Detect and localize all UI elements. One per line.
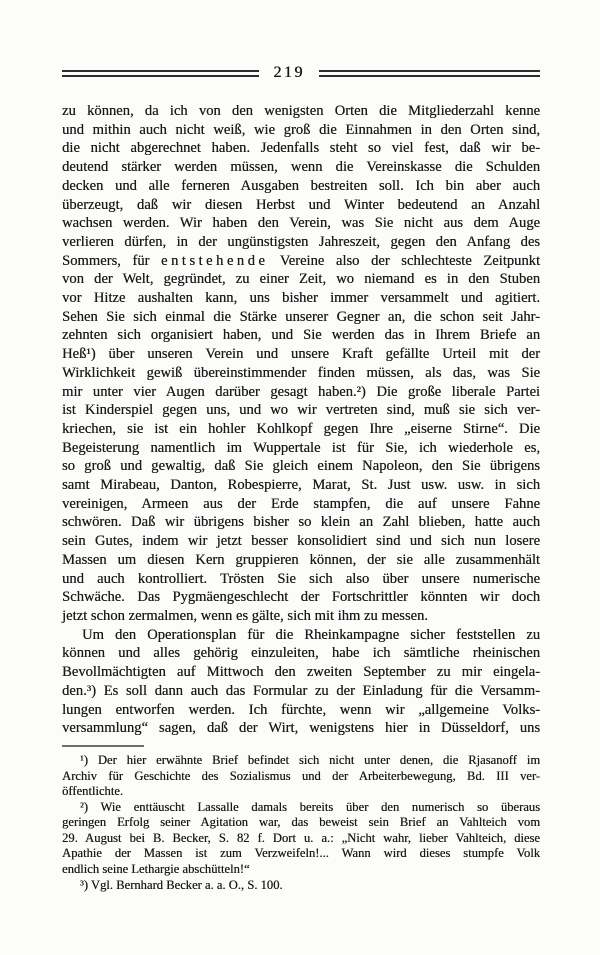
text-line: ³) Vgl. Bernhard Becker a. a. O., S. 100…	[62, 878, 540, 894]
text-line: zehnten sich organisiert haben, und Sie …	[62, 326, 540, 345]
text-line: ¹) Der hier erwähnte Brief befindet sich…	[62, 753, 540, 769]
text-line: Archiv für Geschichte des Sozialismus un…	[62, 769, 540, 785]
text-line: ist Kinderspiel gegen uns, und wo wir ve…	[62, 401, 540, 420]
footnote-separator	[62, 745, 144, 747]
text-line: Begeisterung namentlich im Wuppertale is…	[62, 439, 540, 458]
text-line: den.³) Es soll dann auch das Formular zu…	[62, 682, 540, 701]
text-line: endlich seine Lethargie abschütteln!“	[62, 862, 540, 878]
text-line: jetzt schon zermalmen, wenn es gälte, si…	[62, 607, 540, 626]
text-line: verlieren dürfen, in der ungünstigsten J…	[62, 233, 540, 252]
text-line: ²) Wie enttäuscht Lassalle damals bereit…	[62, 800, 540, 816]
header-rule-left	[62, 70, 259, 77]
text-line: lungen entworfen werden. Ich fürchte, we…	[62, 701, 540, 720]
text-line: samt Mirabeau, Danton, Robespierre, Mara…	[62, 476, 540, 495]
book-page-scan: 219 zu können, da ich von den wenigsten …	[0, 0, 600, 955]
text-line: Um den Operationsplan für die Rheinkampa…	[62, 626, 540, 645]
text-line: öffentlichte.	[62, 784, 540, 800]
text-line: Massen um diesen Kern gruppieren können,…	[62, 551, 540, 570]
text-line: von der Welt, gegründet, zu einer Zeit, …	[62, 270, 540, 289]
text-line: deutend stärker werden müssen, wenn die …	[62, 158, 540, 177]
text-line: und mithin auch nicht weiß, wie groß die…	[62, 121, 540, 140]
text-line: mir unter vier Augen darüber gesagt habe…	[62, 383, 540, 402]
text-line: Heß¹) über unseren Verein und unsere Kra…	[62, 345, 540, 364]
text-line: überzeugt, daß wir diesen Herbst und Win…	[62, 196, 540, 215]
text-line: 29. August bei B. Becker, S. 82 f. Dort …	[62, 831, 540, 847]
text-line: die nicht abgerechnet haben. Jedenfalls …	[62, 139, 540, 158]
text-line: können und alles gehörig einzuleiten, ha…	[62, 644, 540, 663]
text-line: Apathie der Massen ist zum Verzweifeln!.…	[62, 846, 540, 862]
text-line: schwören. Daß wir übrigens bisher so kle…	[62, 513, 540, 532]
text-line: versammlung“ sagen, daß der Wirt, wenigs…	[62, 719, 540, 738]
text-line: decken und alle ferneren Ausgaben bestre…	[62, 177, 540, 196]
text-line: Sehen Sie sich einmal die Stärke unserer…	[62, 308, 540, 327]
text-line: so groß und gewaltig, daß Sie gleich ein…	[62, 457, 540, 476]
text-line: Bevollmächtigten auf Mittwoch den zweite…	[62, 663, 540, 682]
text-line: kriechen, sie ist ein hohler Kohlkopf ge…	[62, 420, 540, 439]
body-text: zu können, da ich von den wenigsten Orte…	[62, 102, 540, 738]
running-head: 219	[62, 66, 540, 80]
text-line: vor Hitze aushalten kann, uns bisher imm…	[62, 289, 540, 308]
header-rule-right	[319, 70, 540, 77]
text-line: Schwäche. Das Pygmäengeschlecht der Fort…	[62, 588, 540, 607]
text-line: zu können, da ich von den wenigsten Orte…	[62, 102, 540, 121]
text-line: und auch kontrolliert. Trösten Sie sich …	[62, 570, 540, 589]
footnotes: ¹) Der hier erwähnte Brief befindet sich…	[62, 753, 540, 893]
text-line: Wirklichkeit gewiß übereinstimmender fin…	[62, 364, 540, 383]
text-line: geringen Erfolg seiner Agitation war, da…	[62, 815, 540, 831]
text-line: wachsen werden. Wir haben den Verein, wa…	[62, 214, 540, 233]
text-line: vereinigen, Armeen aus der Erde stampfen…	[62, 495, 540, 514]
letterspaced-word: entstehende	[161, 253, 268, 269]
text-line: Sommers, für entstehende Vereine also de…	[62, 252, 540, 271]
text-line: sein Gutes, indem wir jetzt besser konso…	[62, 532, 540, 551]
page-number: 219	[259, 64, 319, 82]
